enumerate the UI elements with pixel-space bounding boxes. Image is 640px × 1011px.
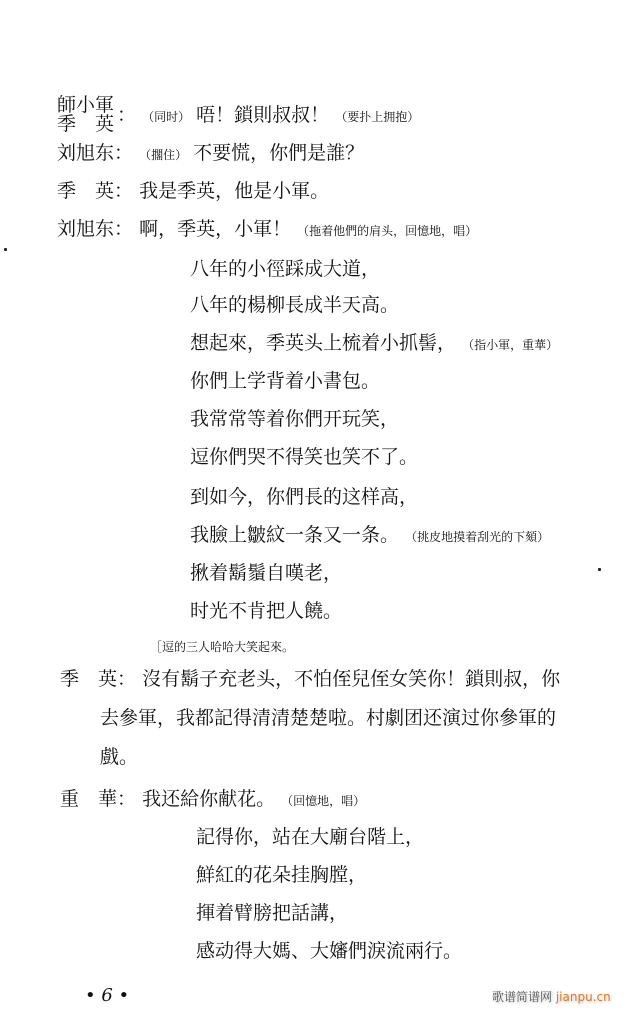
dialogue-text: 沒有鬍子充老头，不怕侄兒侄女笑你！鎖則叔，你	[142, 668, 560, 690]
dialogue-continuation: 去參軍，我都記得清清楚楚啦。村劇团还演过你參軍的	[100, 707, 556, 729]
dialogue-line: 刘旭东： （擱住） 不要慌，你們是誰？	[57, 142, 364, 166]
dialogue-line: 季 英： 沒有鬍子充老头，不怕侄兒侄女笑你！鎖則叔，你	[60, 668, 560, 690]
lyric-line: 八年的小徑踩成大道，	[190, 258, 380, 280]
lyric-line: 八年的楊柳長成半天高。	[190, 294, 399, 316]
dialogue-line: 季 英： 我是季英，他是小軍。	[57, 180, 329, 202]
lyric-line: 想起來，季英头上梳着小抓髻， （指小軍，重華）	[190, 332, 558, 356]
lyric-line: 我常常等着你們开玩笑，	[190, 408, 399, 430]
dialogue-line: 刘旭东： 啊，季英，小軍！ （拖着他們的肩头，回憶地，唱）	[57, 218, 477, 242]
page-number: • 6 •	[85, 985, 129, 1006]
joint-speakers: 師小軍 季 英	[57, 96, 114, 134]
lyric-text: 想起來，季英头上梳着小抓髻，	[190, 332, 456, 354]
stage-note: （擱住）	[139, 148, 187, 162]
stage-note: （回憶地，唱）	[281, 794, 365, 808]
lyric-line: 我臉上皺紋一条又一条。 （挑皮地摸着刮光的下頦）	[190, 524, 549, 548]
lyric-line: 鮮紅的花朵挂胸膛，	[196, 864, 367, 886]
colon: ：	[117, 104, 136, 126]
dialogue-line: ： （同时） 唔！鎖則叔叔！ （要扑上拥抱）	[117, 104, 419, 128]
dialogue-text: 啊，季英，小軍！	[139, 218, 291, 240]
speaker-name: 重 華：	[60, 788, 136, 810]
lyric-line: 揪着鬍鬚自嘆老，	[190, 562, 342, 584]
speaker-name: 季 英：	[57, 180, 133, 202]
stage-note: （要扑上拥抱）	[335, 110, 419, 124]
lyric-text: 我臉上皺紋一条又一条。	[190, 524, 399, 546]
scan-speck	[4, 248, 7, 251]
dialogue-text: 不要慌，你們是誰？	[193, 142, 364, 164]
watermark-text: 歌谱简谱网	[492, 990, 552, 1004]
speaker-name: 季 英	[57, 115, 114, 134]
dialogue-text: 唔！鎖則叔叔！	[196, 104, 329, 126]
speaker-name: 刘旭东：	[57, 142, 133, 164]
dialogue-line: 重 華： 我还給你献花。 （回憶地，唱）	[60, 788, 365, 812]
scan-speck	[598, 568, 601, 571]
lyric-line: 到如今，你們長的这样高，	[190, 486, 418, 508]
lyric-line: 你們上学背着小書包。	[190, 370, 380, 392]
lyric-line: 逗你們哭不得笑也笑不了。	[190, 446, 418, 468]
watermark-url: jianpu.cn	[556, 990, 611, 1004]
dialogue-text: 我是季英，他是小軍。	[139, 180, 329, 202]
stage-note: （挑皮地摸着刮光的下頦）	[405, 530, 549, 544]
stage-note: （同时）	[142, 110, 190, 124]
stage-note: （指小軍，重華）	[462, 338, 558, 352]
lyric-line: 記得你，站在大廟台階上，	[196, 826, 424, 848]
dialogue-continuation: 戲。	[100, 746, 138, 768]
lyric-line: 时光不肯把人饒。	[190, 600, 342, 622]
watermark: 歌谱简谱网 jianpu.cn	[492, 988, 611, 1005]
lyric-line: 揮着臂膀把話講，	[196, 902, 348, 924]
lyric-line: 感动得大媽、大嬸們淚流兩行。	[196, 940, 462, 962]
stage-direction: ［逗的三人哈哈大笑起來。	[150, 636, 294, 658]
dialogue-text: 我还給你献花。	[142, 788, 275, 810]
speaker-name: 季 英：	[60, 668, 136, 690]
stage-note: （拖着他們的肩头，回憶地，唱）	[297, 224, 477, 238]
speaker-name: 刘旭东：	[57, 218, 133, 240]
